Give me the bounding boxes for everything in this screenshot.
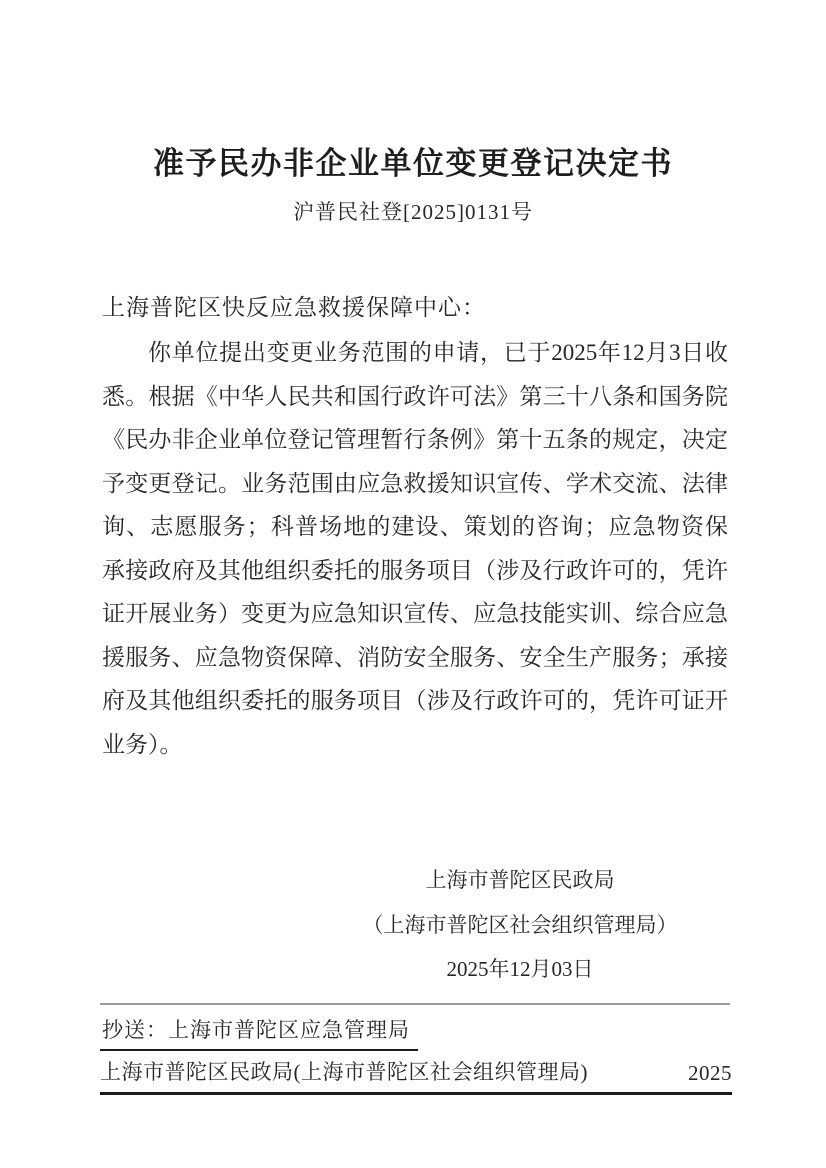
issuer-org-text: 上海市普陀区民政局(上海市普陀区社会组织管理局) [100,1056,588,1086]
cc-line-text: 抄送：上海市普陀区应急管理局 [100,1014,418,1051]
addressee-line: 上海普陀区快反应急救援保障中心： [102,289,486,322]
issuer-line: 上海市普陀区民政局(上海市普陀区社会组织管理局) 2025 [100,1056,732,1095]
document-title: 准予民办非企业单位变更登记决定书 [0,138,826,183]
signature-block: 上海市普陀区民政局 （上海市普陀区社会组织管理局） 2025年12月03日 [340,858,700,992]
body-line: 业务）。 [102,723,728,767]
issuer-year-text: 2025 [688,1061,732,1086]
body-line: 悉。根据《中华人民共和国行政许可法》第三十八条和国务院 [102,375,728,419]
body-line: 府及其他组织委托的服务项目（涉及行政许可的，凭许可证开展 [102,679,728,723]
body-line: 承接政府及其他组织委托的服务项目（涉及行政许可的，凭许可 [102,549,728,593]
body-line: 《民办非企业单位登记管理暂行条例》第十五条的规定，决定准 [102,418,728,462]
body-line: 援服务、应急物资保障、消防安全服务、安全生产服务；承接政 [102,636,728,680]
body-line: 予变更登记。业务范围由应急救援知识宣传、学术交流、法律咨 [102,462,728,506]
body-paragraph: 你单位提出变更业务范围的申请，已于2025年12月3日收 悉。根据《中华人民共和… [102,331,728,766]
body-line: 证开展业务）变更为应急知识宣传、应急技能实训、综合应急救 [102,592,728,636]
body-line: 你单位提出变更业务范围的申请，已于2025年12月3日收 [102,331,728,375]
body-line: 询、志愿服务；科普场地的建设、策划的咨询；应急物资保障； [102,505,728,549]
cc-line: 抄送：上海市普陀区应急管理局 [100,1014,418,1051]
signature-org: 上海市普陀区民政局 [340,858,700,903]
signature-org-alias: （上海市普陀区社会组织管理局） [340,903,700,948]
footer-divider-rule [100,1003,730,1005]
scanned-document-page: 准予民办非企业单位变更登记决定书 沪普民社登[2025]0131号 上海普陀区快… [0,0,826,1168]
signature-date: 2025年12月03日 [340,947,700,992]
document-number: 沪普民社登[2025]0131号 [0,196,826,226]
